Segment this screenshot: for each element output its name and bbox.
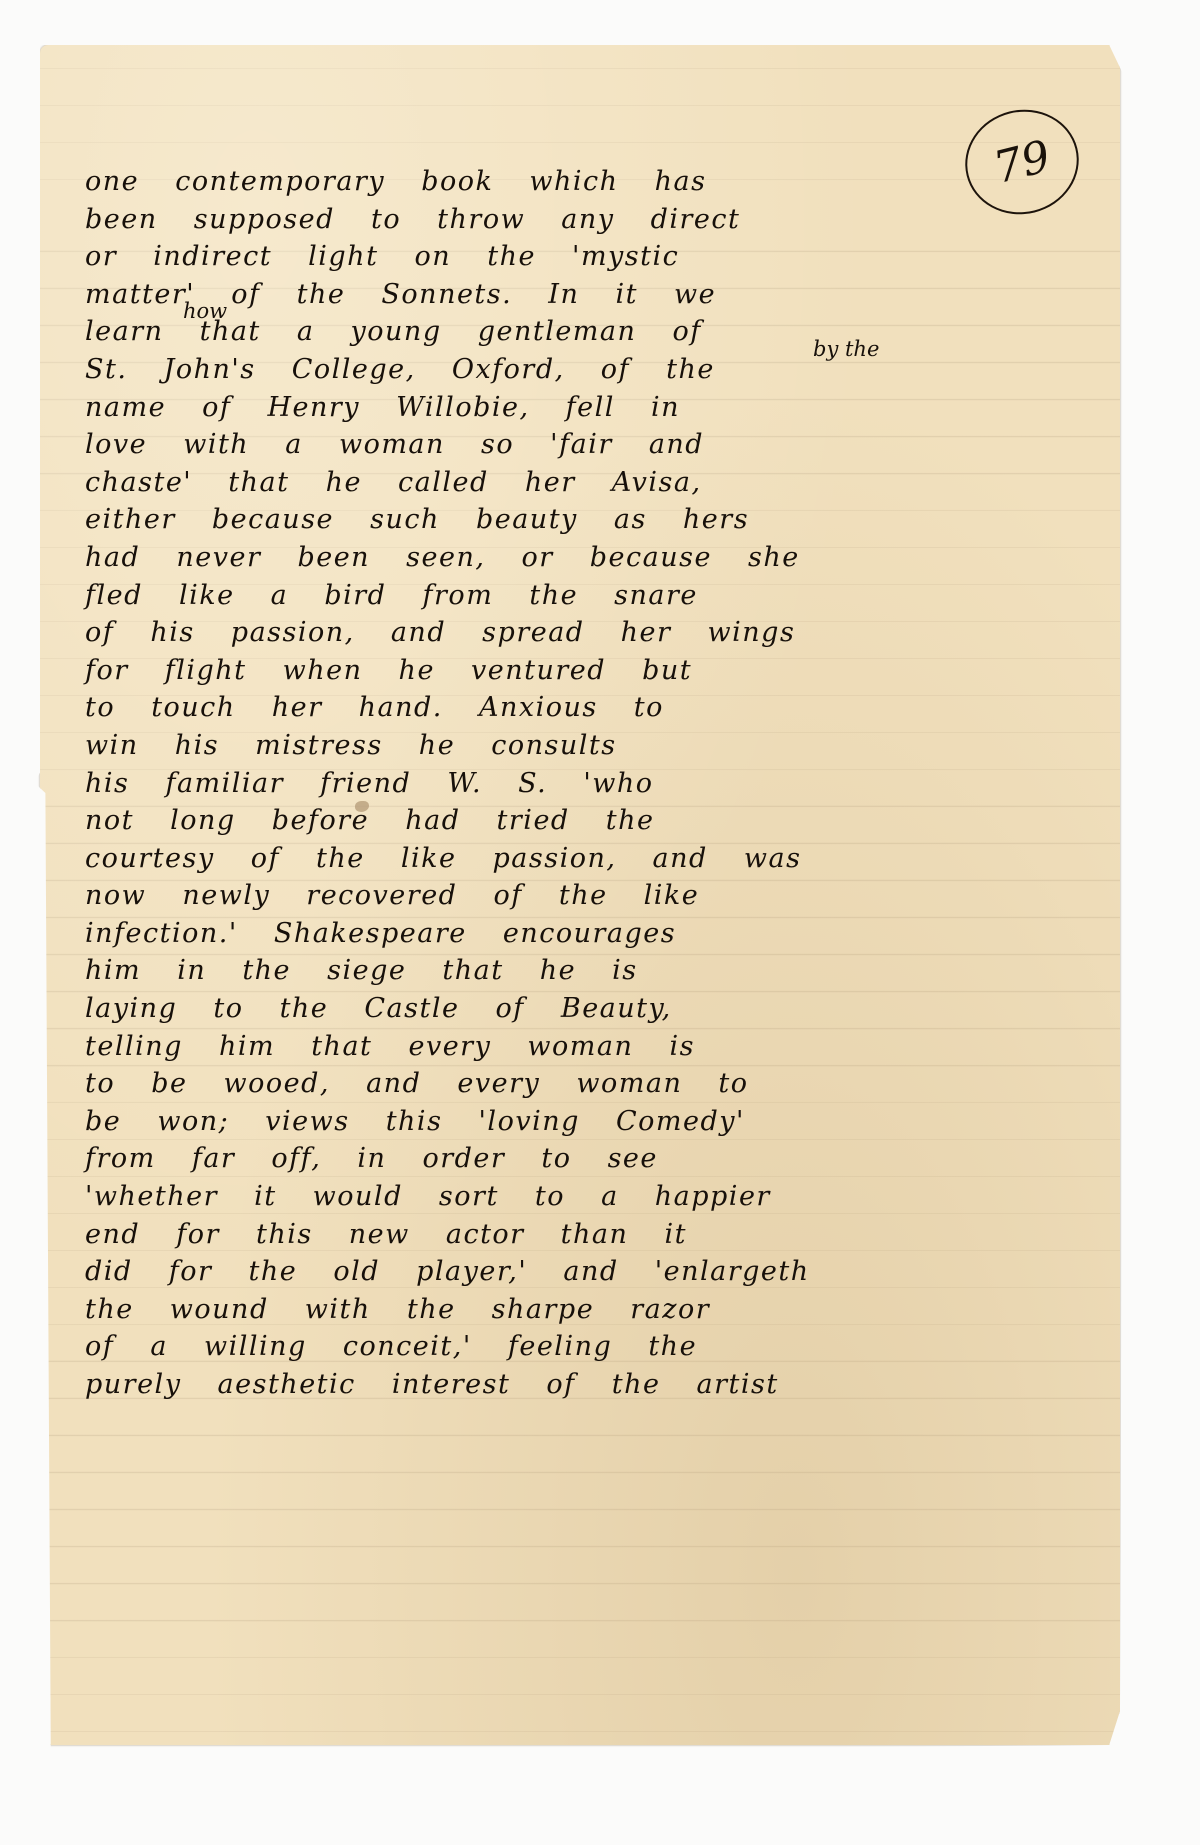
text-line: courtesy of the like passion, and was xyxy=(85,840,1125,878)
text-line: been supposed to throw any direct xyxy=(85,201,1125,239)
text-line: love with a woman so 'fair and xyxy=(85,426,1125,464)
text-line-with-correction: how learn that a young gentleman of xyxy=(85,313,1125,351)
text-line: him in the siege that he is xyxy=(85,952,1125,990)
text-line: win his mistress he consults xyxy=(85,727,1125,765)
text-line: telling him that every woman is xyxy=(85,1028,1125,1066)
manuscript-text: one contemporary book which has been sup… xyxy=(85,163,1125,1404)
text-line-with-correction: by the St. John's College, Oxford, of th… xyxy=(85,351,1125,389)
text-line: for flight when he ventured but xyxy=(85,652,1125,690)
text-line: now newly recovered of the like xyxy=(85,877,1125,915)
text-line: fled like a bird from the snare xyxy=(85,577,1125,615)
text-line: his familiar friend W. S. 'who xyxy=(85,765,1125,803)
text-line: 'whether it would sort to a happier xyxy=(85,1178,1125,1216)
inserted-word: how xyxy=(183,301,227,322)
text-line: the wound with the sharpe razor xyxy=(85,1291,1125,1329)
text-line: either because such beauty as hers xyxy=(85,501,1125,539)
text-line: did for the old player,' and 'enlargeth xyxy=(85,1253,1125,1291)
text-line: be won; views this 'loving Comedy' xyxy=(85,1103,1125,1141)
text-line: had never been seen, or because she xyxy=(85,539,1125,577)
text-line: to be wooed, and every woman to xyxy=(85,1065,1125,1103)
text-line: from far off, in order to see xyxy=(85,1140,1125,1178)
text-line: not long before had tried the xyxy=(85,802,1125,840)
inserted-word: by the xyxy=(813,339,879,360)
text-line: laying to the Castle of Beauty, xyxy=(85,990,1125,1028)
text-line: purely aesthetic interest of the artist xyxy=(85,1366,1125,1404)
text-line: chaste' that he called her Avisa, xyxy=(85,464,1125,502)
text-line: matter' of the Sonnets. In it we xyxy=(85,276,1125,314)
text-line: infection.' Shakespeare encourages xyxy=(85,915,1125,953)
text-line: one contemporary book which has xyxy=(85,163,1125,201)
text-line: end for this new actor than it xyxy=(85,1216,1125,1254)
text-line: to touch her hand. Anxious to xyxy=(85,689,1125,727)
text-line: of his passion, and spread her wings xyxy=(85,614,1125,652)
text-line: of a willing conceit,' feeling the xyxy=(85,1328,1125,1366)
text-line: or indirect light on the 'mystic xyxy=(85,238,1125,276)
text-line: name of Henry Willobie, fell in xyxy=(85,389,1125,427)
